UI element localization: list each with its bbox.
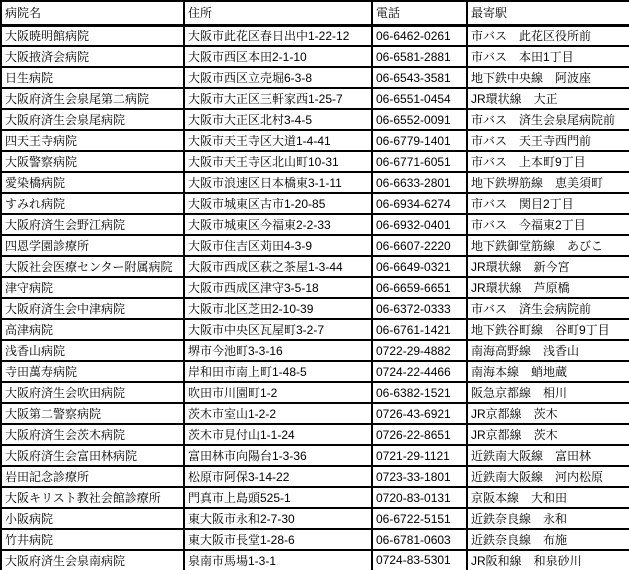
cell-hospital_name: 大阪府済生会泉南病院 [1, 550, 184, 570]
cell-hospital_name: 日生病院 [1, 67, 184, 88]
table-row: 大阪警察病院大阪市天王寺区北山町10-3106-6771-6051市バス 上本町… [1, 151, 629, 172]
cell-hospital_name: 竹井病院 [1, 529, 184, 550]
cell-nearest_station: 市バス 関目2丁目 [467, 193, 629, 214]
table-row: 大阪社会医療センター附属病院大阪市西成区萩之茶屋1-3-4406-6649-03… [1, 256, 629, 277]
cell-address: 大阪市西成区萩之茶屋1-3-44 [184, 256, 372, 277]
cell-address: 大阪市天王寺区北山町10-31 [184, 151, 372, 172]
cell-phone: 06-6581-2881 [372, 46, 467, 67]
cell-hospital_name: 四恩学園診療所 [1, 235, 184, 256]
cell-phone: 0724-83-5301 [372, 550, 467, 570]
cell-phone: 06-6551-0454 [372, 88, 467, 109]
cell-nearest_station: 市バス 天王寺西門前 [467, 130, 629, 151]
cell-hospital_name: 大阪府済生会泉尾病院 [1, 109, 184, 130]
cell-hospital_name: 大阪府済生会中津病院 [1, 298, 184, 319]
table-row: 大阪府済生会吹田病院吹田市川園町1-206-6382-1521阪急京都線 相川 [1, 382, 629, 403]
cell-phone: 0720-83-0131 [372, 487, 467, 508]
cell-hospital_name: 小阪病院 [1, 508, 184, 529]
cell-hospital_name: 津守病院 [1, 277, 184, 298]
cell-address: 大阪市城東区古市1-20-85 [184, 193, 372, 214]
cell-address: 大阪市西区本田2-1-10 [184, 46, 372, 67]
cell-address: 大阪市浪速区日本橋東3-1-11 [184, 172, 372, 193]
cell-hospital_name: 四天王寺病院 [1, 130, 184, 151]
cell-address: 大阪市北区芝田2-10-39 [184, 298, 372, 319]
column-header-nearest_station: 最寄駅 [467, 1, 629, 25]
cell-nearest_station: 地下鉄御堂筋線 あびこ [467, 235, 629, 256]
cell-address: 東大阪市長堂1-28-6 [184, 529, 372, 550]
cell-phone: 06-6633-2801 [372, 172, 467, 193]
cell-nearest_station: JR京都線 茨木 [467, 403, 629, 424]
cell-phone: 06-6607-2220 [372, 235, 467, 256]
cell-phone: 06-6722-5151 [372, 508, 467, 529]
cell-hospital_name: 大阪警察病院 [1, 151, 184, 172]
cell-phone: 06-6779-1401 [372, 130, 467, 151]
cell-address: 岸和田市南上町1-48-5 [184, 361, 372, 382]
cell-address: 門真市上島頭525-1 [184, 487, 372, 508]
table-row: 岩田記念診療所松原市阿保3-14-220723-33-1801近鉄南大阪線 河内… [1, 466, 629, 487]
cell-hospital_name: 大阪府済生会富田林病院 [1, 445, 184, 466]
table-row: 愛染橋病院大阪市浪速区日本橋東3-1-1106-6633-2801地下鉄堺筋線 … [1, 172, 629, 193]
table-row: 大阪暁明館病院大阪市此花区春日出中1-22-1206-6462-0261市バス … [1, 25, 629, 46]
cell-address: 大阪市西成区津守3-5-18 [184, 277, 372, 298]
table-row: 四天王寺病院大阪市天王寺区大道1-4-4106-6779-1401市バス 天王寺… [1, 130, 629, 151]
cell-nearest_station: 地下鉄中央線 阿波座 [467, 67, 629, 88]
cell-phone: 0726-22-8651 [372, 424, 467, 445]
cell-nearest_station: 南海本線 蛸地蔵 [467, 361, 629, 382]
cell-address: 大阪市城東区今福東2-2-33 [184, 214, 372, 235]
cell-address: 大阪市住吉区苅田4-3-9 [184, 235, 372, 256]
cell-address: 泉南市馬場1-3-1 [184, 550, 372, 570]
cell-hospital_name: 大阪第二警察病院 [1, 403, 184, 424]
cell-nearest_station: JR阪和線 和泉砂川 [467, 550, 629, 570]
cell-phone: 06-6372-0333 [372, 298, 467, 319]
cell-address: 堺市今池町3-3-16 [184, 340, 372, 361]
cell-hospital_name: すみれ病院 [1, 193, 184, 214]
cell-nearest_station: 近鉄南大阪線 河内松原 [467, 466, 629, 487]
table-row: 大阪府済生会泉南病院泉南市馬場1-3-10724-83-5301JR阪和線 和泉… [1, 550, 629, 570]
table-row: 浅香山病院堺市今池町3-3-160722-29-4882南海高野線 浅香山 [1, 340, 629, 361]
cell-hospital_name: 寺田萬寿病院 [1, 361, 184, 382]
column-header-address: 住所 [184, 1, 372, 25]
cell-address: 大阪市西区立売堀6-3-8 [184, 67, 372, 88]
cell-hospital_name: 大阪暁明館病院 [1, 25, 184, 46]
table-row: 大阪府済生会中津病院大阪市北区芝田2-10-3906-6372-0333市バス … [1, 298, 629, 319]
cell-phone: 06-6382-1521 [372, 382, 467, 403]
table-row: 高津病院大阪市中央区瓦屋町3-2-706-6761-1421地下鉄谷町線 谷町9… [1, 319, 629, 340]
cell-nearest_station: 近鉄奈良線 布施 [467, 529, 629, 550]
cell-hospital_name: 岩田記念診療所 [1, 466, 184, 487]
cell-phone: 0723-33-1801 [372, 466, 467, 487]
cell-hospital_name: 大阪府済生会野江病院 [1, 214, 184, 235]
cell-nearest_station: 近鉄奈良線 永和 [467, 508, 629, 529]
cell-phone: 06-6761-1421 [372, 319, 467, 340]
cell-nearest_station: 市バス 今福東2丁目 [467, 214, 629, 235]
cell-phone: 06-6649-0321 [372, 256, 467, 277]
cell-address: 東大阪市永和2-7-30 [184, 508, 372, 529]
table-row: 大阪府済生会泉尾第二病院大阪市大正区三軒家西1-25-706-6551-0454… [1, 88, 629, 109]
cell-hospital_name: 大阪府済生会泉尾第二病院 [1, 88, 184, 109]
cell-nearest_station: 市バス 済生会泉尾病院前 [467, 109, 629, 130]
table-row: 竹井病院東大阪市長堂1-28-606-6781-0603近鉄奈良線 布施 [1, 529, 629, 550]
cell-phone: 06-6659-6651 [372, 277, 467, 298]
table-row: 日生病院大阪市西区立売堀6-3-806-6543-3581地下鉄中央線 阿波座 [1, 67, 629, 88]
cell-phone: 06-6781-0603 [372, 529, 467, 550]
cell-nearest_station: 阪急京都線 相川 [467, 382, 629, 403]
cell-hospital_name: 大阪社会医療センター附属病院 [1, 256, 184, 277]
table-body: 大阪暁明館病院大阪市此花区春日出中1-22-1206-6462-0261市バス … [1, 25, 629, 570]
hospital-table: 病院名住所電話最寄駅 大阪暁明館病院大阪市此花区春日出中1-22-1206-64… [0, 0, 629, 570]
cell-nearest_station: 地下鉄堺筋線 恵美須町 [467, 172, 629, 193]
cell-address: 大阪市大正区北村3-4-5 [184, 109, 372, 130]
cell-nearest_station: 近鉄南大阪線 富田林 [467, 445, 629, 466]
cell-phone: 06-6543-3581 [372, 67, 467, 88]
table-row: すみれ病院大阪市城東区古市1-20-8506-6934-6274市バス 関目2丁… [1, 193, 629, 214]
cell-address: 茨木市見付山1-1-24 [184, 424, 372, 445]
cell-hospital_name: 大阪掖済会病院 [1, 46, 184, 67]
table-row: 大阪第二警察病院茨木市室山1-2-20726-43-6921JR京都線 茨木 [1, 403, 629, 424]
cell-phone: 0721-29-1121 [372, 445, 467, 466]
cell-hospital_name: 愛染橋病院 [1, 172, 184, 193]
table-row: 大阪府済生会富田林病院富田林市向陽台1-3-360721-29-1121近鉄南大… [1, 445, 629, 466]
cell-nearest_station: JR環状線 芦原橋 [467, 277, 629, 298]
cell-address: 茨木市室山1-2-2 [184, 403, 372, 424]
table-row: 四恩学園診療所大阪市住吉区苅田4-3-906-6607-2220地下鉄御堂筋線 … [1, 235, 629, 256]
cell-nearest_station: 市バス 此花区役所前 [467, 25, 629, 46]
header-row: 病院名住所電話最寄駅 [1, 1, 629, 25]
cell-nearest_station: JR環状線 大正 [467, 88, 629, 109]
cell-phone: 0724-22-4466 [372, 361, 467, 382]
cell-address: 富田林市向陽台1-3-36 [184, 445, 372, 466]
cell-hospital_name: 浅香山病院 [1, 340, 184, 361]
cell-nearest_station: 市バス 本田1丁目 [467, 46, 629, 67]
cell-nearest_station: JR環状線 新今宮 [467, 256, 629, 277]
cell-phone: 06-6932-0401 [372, 214, 467, 235]
cell-address: 大阪市天王寺区大道1-4-41 [184, 130, 372, 151]
cell-nearest_station: 地下鉄谷町線 谷町9丁目 [467, 319, 629, 340]
cell-nearest_station: 京阪本線 大和田 [467, 487, 629, 508]
cell-hospital_name: 高津病院 [1, 319, 184, 340]
cell-hospital_name: 大阪府済生会茨木病院 [1, 424, 184, 445]
cell-phone: 06-6771-6051 [372, 151, 467, 172]
cell-phone: 06-6552-0091 [372, 109, 467, 130]
column-header-phone: 電話 [372, 1, 467, 25]
cell-hospital_name: 大阪府済生会吹田病院 [1, 382, 184, 403]
cell-nearest_station: JR京都線 茨木 [467, 424, 629, 445]
table-row: 小阪病院東大阪市永和2-7-3006-6722-5151近鉄奈良線 永和 [1, 508, 629, 529]
cell-address: 吹田市川園町1-2 [184, 382, 372, 403]
cell-phone: 0722-29-4882 [372, 340, 467, 361]
table-row: 大阪キリスト教社会館診療所門真市上島頭525-10720-83-0131京阪本線… [1, 487, 629, 508]
cell-hospital_name: 大阪キリスト教社会館診療所 [1, 487, 184, 508]
cell-phone: 06-6462-0261 [372, 25, 467, 46]
cell-address: 松原市阿保3-14-22 [184, 466, 372, 487]
table-row: 大阪府済生会野江病院大阪市城東区今福東2-2-3306-6932-0401市バス… [1, 214, 629, 235]
table-row: 大阪掖済会病院大阪市西区本田2-1-1006-6581-2881市バス 本田1丁… [1, 46, 629, 67]
table-row: 大阪府済生会泉尾病院大阪市大正区北村3-4-506-6552-0091市バス 済… [1, 109, 629, 130]
table-row: 大阪府済生会茨木病院茨木市見付山1-1-240726-22-8651JR京都線 … [1, 424, 629, 445]
cell-address: 大阪市此花区春日出中1-22-12 [184, 25, 372, 46]
cell-address: 大阪市大正区三軒家西1-25-7 [184, 88, 372, 109]
column-header-hospital_name: 病院名 [1, 1, 184, 25]
cell-phone: 06-6934-6274 [372, 193, 467, 214]
cell-nearest_station: 南海高野線 浅香山 [467, 340, 629, 361]
cell-nearest_station: 市バス 上本町9丁目 [467, 151, 629, 172]
cell-phone: 0726-43-6921 [372, 403, 467, 424]
table-row: 寺田萬寿病院岸和田市南上町1-48-50724-22-4466南海本線 蛸地蔵 [1, 361, 629, 382]
table-row: 津守病院大阪市西成区津守3-5-1806-6659-6651JR環状線 芦原橋 [1, 277, 629, 298]
cell-address: 大阪市中央区瓦屋町3-2-7 [184, 319, 372, 340]
cell-nearest_station: 市バス 済生会病院前 [467, 298, 629, 319]
